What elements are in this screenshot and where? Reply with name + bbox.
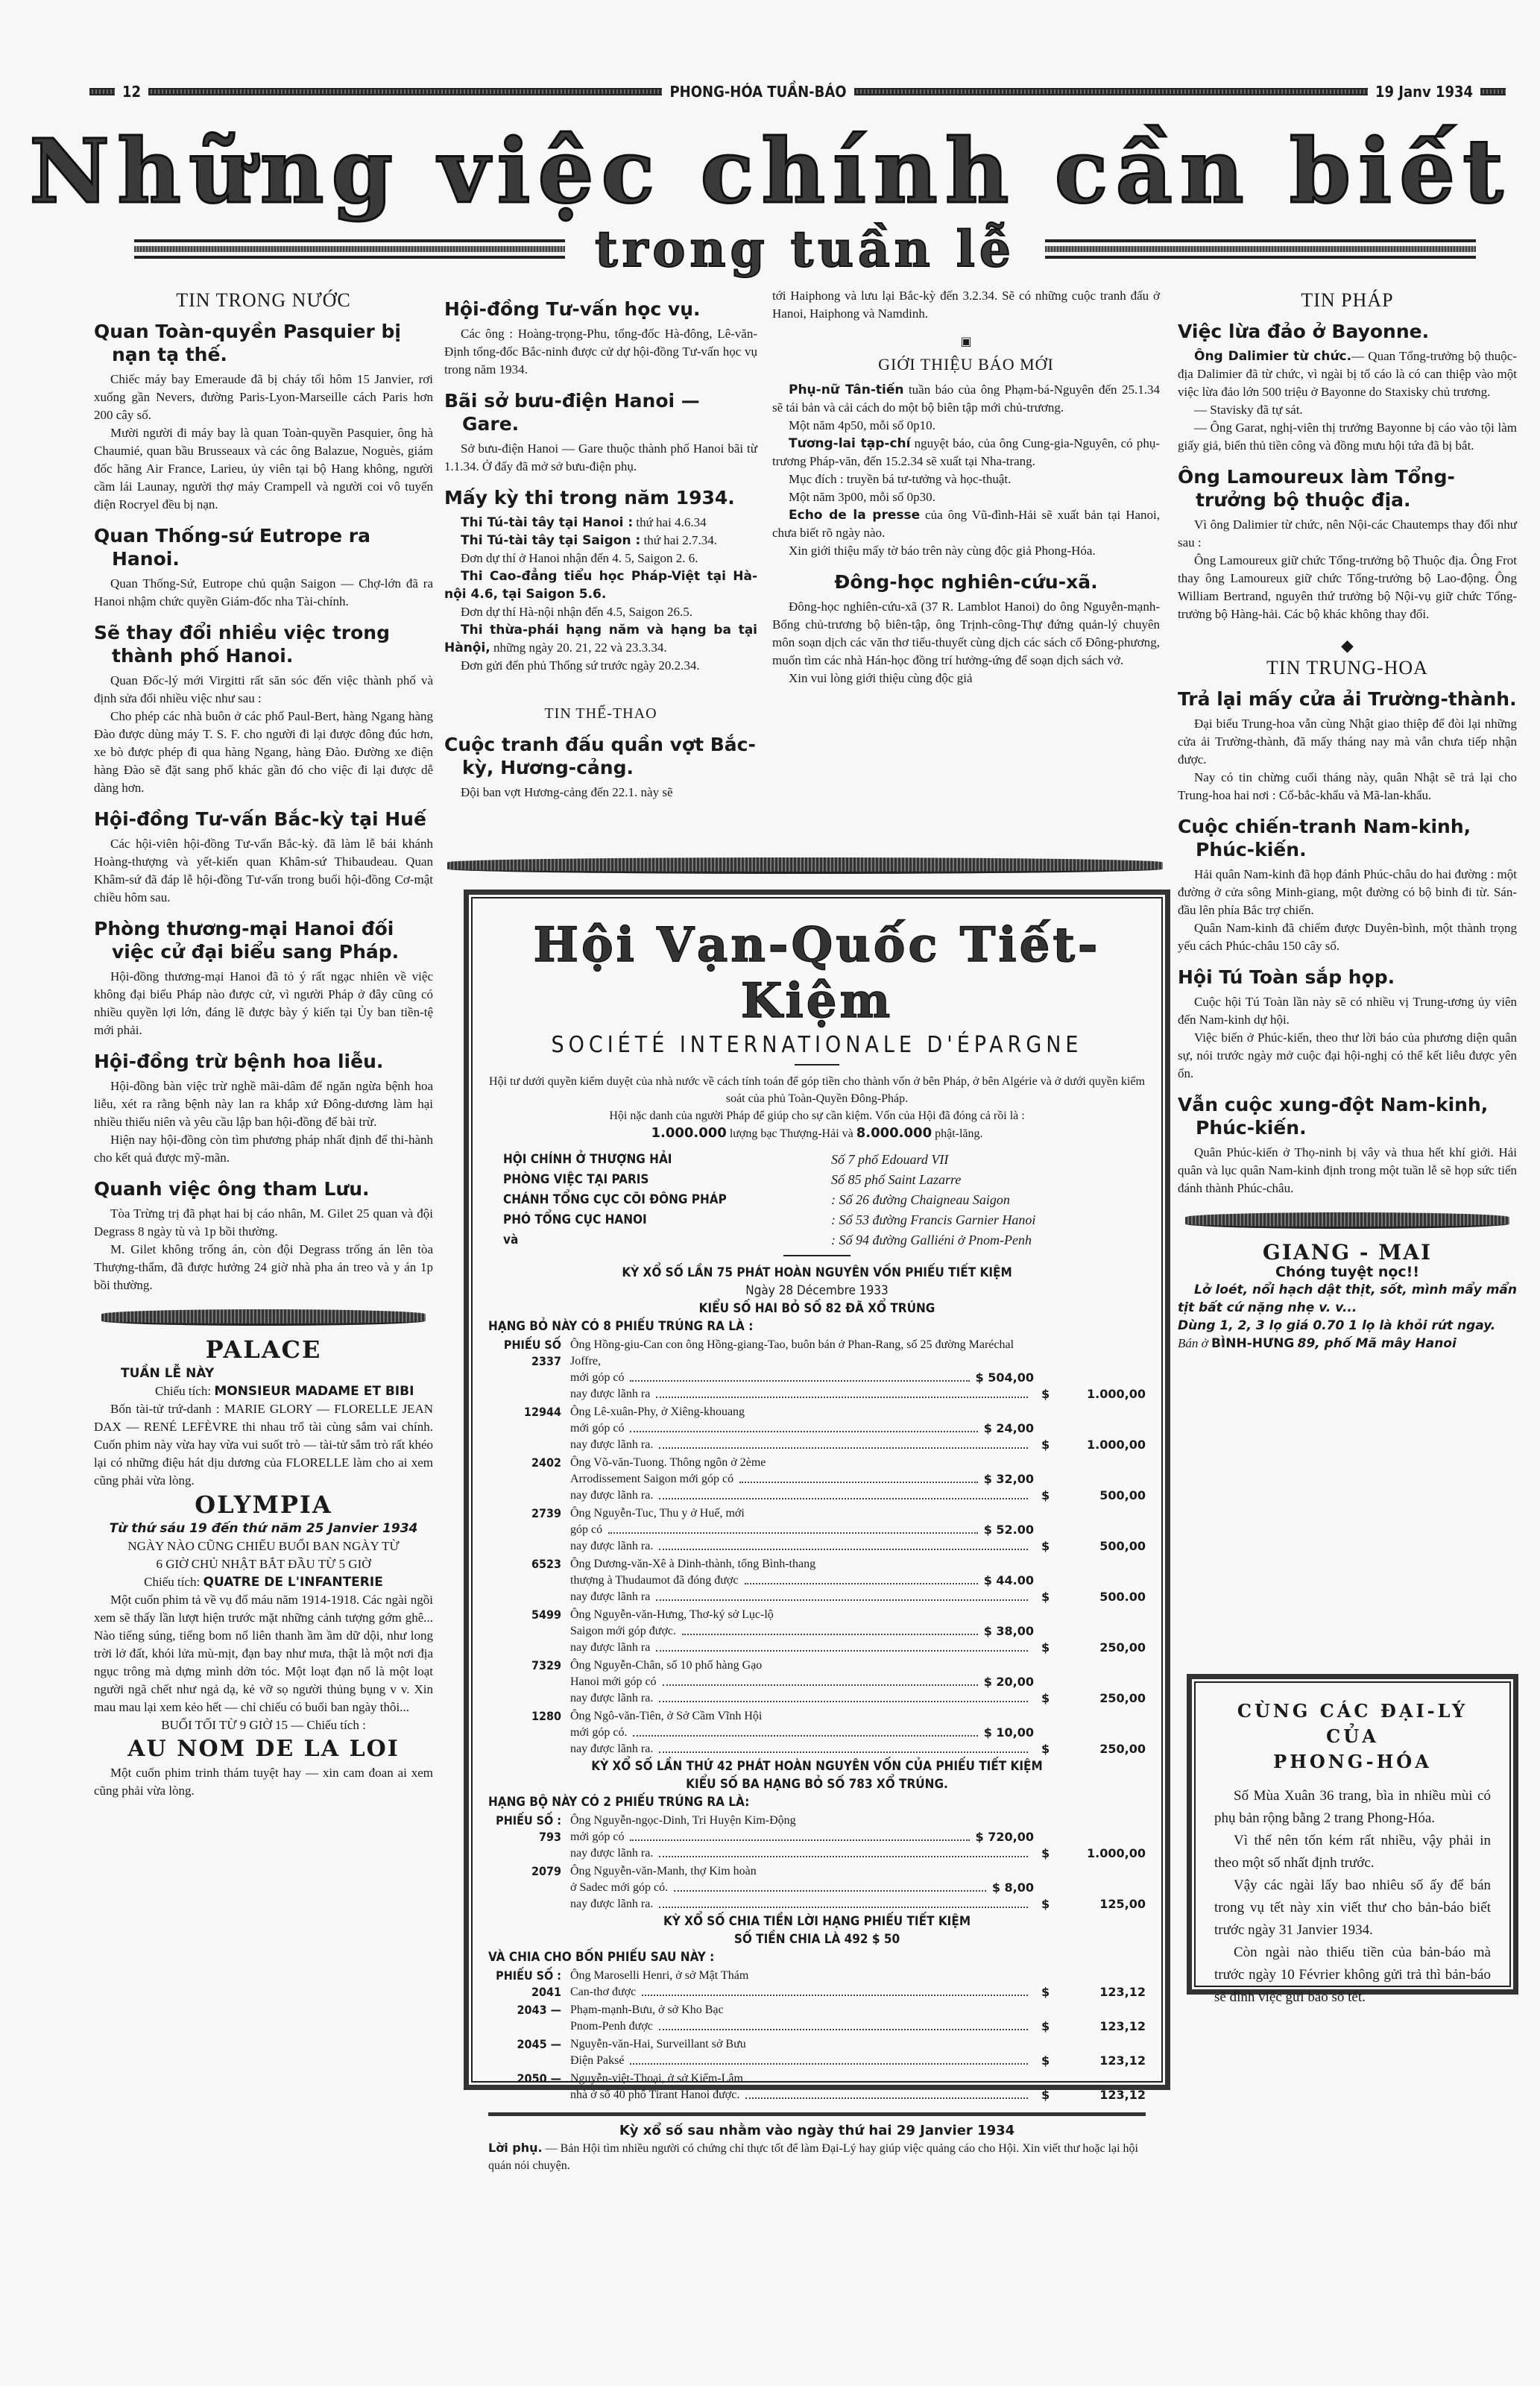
box-paragraph: Vậy các ngài lấy bao nhiêu số ấy để bán … bbox=[1214, 1875, 1491, 1942]
capital-text: phật-lăng. bbox=[935, 1127, 982, 1140]
article-list: Quan Toàn-quyền Pasquier bị nạn tạ thế.C… bbox=[94, 320, 433, 1294]
paid-label: Hanoi mới góp có bbox=[570, 1674, 657, 1690]
ticket-number: 2045 — bbox=[488, 2036, 570, 2069]
winner-entry: PHIẾU SỐ : 2041Ông Maroselli Henri, ở sở… bbox=[488, 1968, 1146, 2001]
article-headline: Cuộc tranh đấu quần vợt Bắc-kỳ, Hương-cả… bbox=[444, 733, 757, 779]
ticket-number: 2402 bbox=[488, 1455, 570, 1504]
dot-leader bbox=[739, 1471, 978, 1483]
winner-entry: 7329Ông Nguyễn-Chân, số 10 phố hàng GạoH… bbox=[488, 1658, 1146, 1707]
payout-line: nay được lãnh ra bbox=[570, 1386, 1034, 1403]
winner-entry: 2739Ông Nguyễn-Tuc, Thu y ở Huế, mớigóp … bbox=[488, 1505, 1146, 1555]
amount: 250,00 bbox=[1099, 1690, 1146, 1707]
exam-date: Đơn dự thí ở Hanoi nhận đến 4. 5, Saigon… bbox=[461, 551, 698, 565]
paragraph-text: Cuộc hội Tú Toàn lần này sẽ có nhiều vị … bbox=[1178, 995, 1517, 1027]
dot-leader bbox=[745, 1573, 978, 1584]
box-paragraph: Còn ngài nào thiếu tiền của bản-báo mà t… bbox=[1214, 1942, 1491, 2009]
paid-label: mới góp có. bbox=[570, 1725, 627, 1741]
paper-item: Một năm 4p50, mỗi số 0p10. bbox=[772, 417, 1160, 435]
article-headline: Quan Thống-sứ Eutrope ra Hanoi. bbox=[94, 524, 433, 570]
payout-line: nay được lãnh ra. bbox=[570, 1845, 1034, 1862]
advert-tagline: Chóng tuyệt nọc!! bbox=[1178, 1263, 1517, 1281]
dot-leader bbox=[608, 1522, 978, 1534]
paid-label: mới góp có bbox=[570, 1370, 624, 1386]
ticket-number: 1280 bbox=[488, 1708, 570, 1757]
box-paragraph: Vì thế nên tốn kém rất nhiều, vậy phải i… bbox=[1214, 1830, 1491, 1875]
payout-value: $500,00 bbox=[1041, 1488, 1146, 1504]
article-paragraph: Nay có tin chừng cuối tháng này, quân Nh… bbox=[1178, 769, 1517, 805]
amount: 500.00 bbox=[1099, 1589, 1146, 1605]
payout-amount: $123,12 bbox=[1041, 2036, 1146, 2069]
winner-details: Ông Nguyễn-Chân, số 10 phố hàng GạoHanoi… bbox=[570, 1658, 1041, 1707]
exam-date: thứ hai 4.6.34 bbox=[633, 515, 706, 529]
paragraph-text: Việc biến ở Phúc-kiến, theo thư lời báo … bbox=[1178, 1030, 1517, 1080]
article-headline: Phòng thương-mại Hanoi đối việc cử đại b… bbox=[94, 917, 433, 963]
winner-name: Ông Võ-văn-Tuong. Thông ngôn ở 2ème bbox=[570, 1455, 1034, 1471]
currency-symbol: $ bbox=[1041, 1690, 1050, 1707]
paper-desc: Một năm 3p00, mỗi số 0p30. bbox=[789, 490, 935, 504]
section-title: TIN TRONG NƯỚC bbox=[94, 292, 433, 309]
film-description: Bốn tài-tử trứ-danh : MARIE GLORY — FLOR… bbox=[94, 1400, 433, 1490]
paid-amount: $ 8,00 bbox=[992, 1880, 1034, 1896]
newspaper-page: 12 PHONG-HÓA TUẦN-BÁO 19 Janv 1934 Những… bbox=[0, 0, 1540, 2386]
exam-date: Đơn dự thí Hà-nội nhận đến 4.5, Saigon 2… bbox=[461, 605, 692, 619]
section-title: GIỚI THIỆU BÁO MỚI bbox=[772, 356, 1160, 374]
article-paragraph: Chiếc máy bay Emeraude đã bị cháy tối hô… bbox=[94, 371, 433, 424]
paragraph-text: Nay có tin chừng cuối tháng này, quân Nh… bbox=[1178, 770, 1517, 802]
paid-amount: $ 44.00 bbox=[984, 1573, 1034, 1589]
paragraph-text: Quân Phúc-kiến ở Thọ-ninh bị vây và thua… bbox=[1178, 1145, 1517, 1195]
paper-name: Phụ-nữ Tân-tiến bbox=[789, 383, 904, 397]
winner-name: Nguyễn-việt-Thoại, ở sở Kiểm-Lâm bbox=[570, 2071, 1034, 2087]
issue-date: 19 Janv 1934 bbox=[1375, 83, 1473, 101]
article-headline: Hội-đồng trừ bệnh hoa liễu. bbox=[94, 1050, 433, 1073]
draw-heading: KỲ XỔ SỐ LẦN THỨ 42 PHÁT HOÀN NGUYÊN VỐN… bbox=[488, 1757, 1146, 1775]
winner-details: Nguyễn-việt-Thoại, ở sở Kiểm-Lâmnhà ở số… bbox=[570, 2071, 1041, 2103]
paid-line: Saigon mới góp được.$ 38,00 bbox=[570, 1623, 1034, 1640]
paid-line: Hanoi mới góp có$ 20,00 bbox=[570, 1674, 1034, 1690]
dot-leader bbox=[656, 1589, 1028, 1601]
paragraph-text: Quân Nam-kinh đã chiếm được Duyên-bình, … bbox=[1178, 921, 1517, 953]
winner-details: Ông Ngô-văn-Tiên, ở Sở Cầm Vĩnh Hộimới g… bbox=[570, 1708, 1041, 1757]
winner-details: Ông Nguyễn-Tuc, Thu y ở Huế, mớigóp có$ … bbox=[570, 1505, 1041, 1555]
section-title: TIN THỂ-THAO bbox=[444, 705, 757, 723]
payout-label: nay được lãnh ra bbox=[570, 1386, 650, 1403]
payout-label: Điện Paksé bbox=[570, 2053, 624, 2069]
payout-value: $250,00 bbox=[1041, 1640, 1146, 1656]
payout-amount: $500.00 bbox=[1041, 1556, 1146, 1605]
advert-title: Hội Vạn-Quốc Tiết-Kiệm bbox=[488, 917, 1146, 1029]
article-paragraph: Cuộc hội Tú Toàn lần này sẽ có nhiều vị … bbox=[1178, 993, 1517, 1029]
winner-details: Ông Dương-văn-Xê à Dinh-thành, tổng Bình… bbox=[570, 1556, 1041, 1605]
schedule-line: 6 GIỜ CHỦ NHẬT BẮT ĐẦU TỪ 5 GIỜ bbox=[94, 1555, 433, 1573]
paid-line: ở Sadec mới góp có.$ 8,00 bbox=[570, 1880, 1034, 1896]
payout-line: nhà ở số 40 phố Tirant Hanoi được. bbox=[570, 2087, 1034, 2103]
ticket-number: 2043 — bbox=[488, 2002, 570, 2035]
office-address: Số 7 phố Edouard VII bbox=[831, 1150, 948, 1170]
dot-leader bbox=[630, 1420, 977, 1432]
winner-entry: 2043 —Phạm-mạnh-Bưu, ở sở Kho BạcPnom-Pe… bbox=[488, 2002, 1146, 2035]
subtitle-row: trong tuần lễ bbox=[134, 220, 1476, 278]
decorative-rule bbox=[1045, 239, 1476, 259]
payout-amount: $123,12 bbox=[1041, 2002, 1146, 2035]
currency-symbol: $ bbox=[1041, 1741, 1050, 1757]
paper-item: Xin giới thiệu mấy tờ báo trên này cùng … bbox=[772, 542, 1160, 560]
article-headline: Ông Lamoureux làm Tổng-trưởng bộ thuộc đ… bbox=[1178, 465, 1517, 511]
paragraph-text: — Stavisky đã tự sát. bbox=[1194, 403, 1303, 417]
payout-line: Can-thơ được bbox=[570, 1984, 1034, 2001]
article-paragraph: Ông Dalimier từ chức.— Quan Tổng-trưởng … bbox=[1178, 347, 1517, 401]
payout-line: nay được lãnh ra. bbox=[570, 1690, 1034, 1707]
advert-body: Lở loét, nổi hạch dật thịt, sốt, mình mẩ… bbox=[1178, 1281, 1517, 1317]
currency-symbol: $ bbox=[1041, 1896, 1050, 1913]
payout-label: nay được lãnh ra. bbox=[570, 1741, 653, 1757]
payout-line: Pnom-Penh được bbox=[570, 2018, 1034, 2035]
office-row: PHÓ TỔNG CỤC HANOI: Số 53 đường Francis … bbox=[503, 1210, 1146, 1230]
article-paragraph: Quan Đốc-lý mới Virgitti rất săn sóc đến… bbox=[94, 672, 433, 708]
payout-value: $1.000,00 bbox=[1041, 1386, 1146, 1403]
winner-name: Nguyễn-văn-Hai, Surveillant sở Bưu bbox=[570, 2036, 1034, 2053]
payout-amount: $123,12 bbox=[1041, 2071, 1146, 2103]
winner-entry: 12944Ông Lê-xuân-Phy, ở Xiêng-khouangmới… bbox=[488, 1404, 1146, 1453]
dot-leader bbox=[674, 1880, 986, 1892]
article-paragraph: Quân Nam-kinh đã chiếm được Duyên-bình, … bbox=[1178, 919, 1517, 955]
payout-line: nay được lãnh ra. bbox=[570, 1437, 1034, 1453]
ornament-rule bbox=[795, 1064, 839, 1065]
capital-amount: 8.000.000 bbox=[856, 1125, 932, 1141]
paid-label: ở Sadec mới góp có. bbox=[570, 1880, 668, 1896]
column-domestic-news: TIN TRONG NƯỚC Quan Toàn-quyền Pasquier … bbox=[94, 287, 433, 1800]
office-label: và bbox=[503, 1230, 831, 1250]
paid-label: mới góp có bbox=[570, 1420, 624, 1437]
payout-amount: $1.000,00 bbox=[1041, 1404, 1146, 1453]
paid-amount: $ 720,00 bbox=[976, 1829, 1034, 1845]
dot-leader bbox=[745, 2087, 1028, 2099]
winner-list: PHIẾU SỐ 2337Ông Hồng-giu-Can con ông Hồ… bbox=[488, 1337, 1146, 1757]
article-paragraph: Đông-học nghiên-cứu-xã (37 R. Lamblot Ha… bbox=[772, 598, 1160, 670]
paragraph-text: — Ông Garat, nghị-viên thị trưởng Bayonn… bbox=[1178, 421, 1517, 453]
office-row: và: Số 94 đường Galliéni ở Pnom-Penh bbox=[503, 1230, 1146, 1250]
seller-name: BÌNH-HƯNG bbox=[1211, 1336, 1294, 1351]
winner-name: Ông Nguyễn-Chân, số 10 phố hàng Gạo bbox=[570, 1658, 1034, 1674]
payout-value: $123,12 bbox=[1041, 1984, 1146, 2001]
paid-amount: $ 52.00 bbox=[984, 1522, 1034, 1538]
paid-label: thượng à Thudaumot đã đóng được bbox=[570, 1573, 739, 1589]
office-address: Số 85 phố Saint Lazarre bbox=[831, 1170, 961, 1190]
article-paragraph: Quan Thống-Sứ, Eutrope chủ quận Saigon —… bbox=[94, 575, 433, 611]
film-title: MONSIEUR MADAME ET BIBI bbox=[214, 1384, 414, 1399]
exam-name: Thi Tú-tài tây tại Saigon : bbox=[461, 533, 640, 548]
winner-details: Ông Maroselli Henri, ở sở Mật ThámCan-th… bbox=[570, 1968, 1041, 2001]
draw-count: VÀ CHIA CHO BỐN PHIẾU SAU NÀY : bbox=[488, 1948, 1146, 1966]
winner-name: Ông Ngô-văn-Tiên, ở Sở Cầm Vĩnh Hội bbox=[570, 1708, 1034, 1725]
dot-leader bbox=[659, 1845, 1028, 1857]
winner-entry: 2079Ông Nguyễn-văn-Manh, thợ Kim hoànở S… bbox=[488, 1863, 1146, 1913]
winner-name: Ông Nguyễn-Tuc, Thu y ở Huế, mới bbox=[570, 1505, 1034, 1522]
article-headline: Hội Tú Toàn sắp họp. bbox=[1178, 966, 1517, 989]
agents-notice-box: CÙNG CÁC ĐẠI-LÝ CỦA PHONG-HÓA Số Mùa Xuâ… bbox=[1187, 1674, 1518, 1995]
page-number: 12 bbox=[122, 83, 141, 101]
paper-desc: Mục đích : truyền bá tư-tưởng và học-thu… bbox=[789, 472, 1011, 486]
exam-line: Thi thừa-phái hạng năm và hạng ba tại Hà… bbox=[444, 621, 757, 657]
page-subtitle: trong tuần lễ bbox=[595, 220, 1015, 278]
article-headline: Mấy kỳ thi trong năm 1934. bbox=[444, 486, 757, 509]
exam-date: những ngày 20. 21, 22 và 23.3.34. bbox=[490, 640, 667, 655]
capital-amount: 1.000.000 bbox=[651, 1125, 726, 1141]
theatre-name: OLYMPIA bbox=[94, 1496, 433, 1514]
lead-bold: Ông Dalimier từ chức. bbox=[1194, 349, 1351, 364]
dot-leader bbox=[659, 1690, 1028, 1702]
payout-amount: $125,00 bbox=[1041, 1863, 1146, 1913]
amount: 1.000,00 bbox=[1087, 1386, 1146, 1403]
dot-leader bbox=[656, 1386, 1028, 1398]
payout-value: $123,12 bbox=[1041, 2018, 1146, 2035]
exam-date: Đơn gửi đến phủ Thống sứ trước ngày 20.2… bbox=[461, 658, 700, 673]
winner-name: Ông Nguyễn-ngọc-Dinh, Tri Huyện Kim-Động bbox=[570, 1813, 1034, 1829]
payout-line: nay được lãnh ra. bbox=[570, 1538, 1034, 1555]
article-paragraph: Xin vui lòng giới thiệu cùng độc giả bbox=[772, 670, 1160, 687]
seller-address: 89, phố Mã mây Hanoi bbox=[1298, 1336, 1457, 1351]
article-paragraph: Việc biến ở Phúc-kiến, theo thư lời báo … bbox=[1178, 1029, 1517, 1083]
article-paragraph: Đội ban vợt Hương-cảng đến 22.1. này sẽ bbox=[444, 784, 757, 802]
draw-subheading: KIỂU SỐ BA HẠNG BỎ SỐ 783 XỔ TRÚNG. bbox=[488, 1775, 1146, 1793]
showing-dates: Từ thứ sáu 19 đến thứ năm 25 Janvier 193… bbox=[94, 1520, 433, 1537]
advert-intro: Hội nặc danh của người Pháp để giúp cho … bbox=[488, 1107, 1146, 1124]
winner-details: Phạm-mạnh-Bưu, ở sở Kho BạcPnom-Penh đượ… bbox=[570, 2002, 1041, 2035]
running-header: 12 PHONG-HÓA TUẦN-BÁO 19 Janv 1934 bbox=[89, 82, 1506, 101]
publication-name: PHONG-HÓA TUẦN-BÁO bbox=[669, 83, 846, 101]
amount: 250,00 bbox=[1099, 1640, 1146, 1656]
payout-line: nay được lãnh ra bbox=[570, 1589, 1034, 1605]
article-list: Việc lừa đảo ở Bayonne.Ông Dalimier từ c… bbox=[1178, 320, 1517, 623]
payout-amount: $250,00 bbox=[1041, 1658, 1146, 1707]
next-draw: Kỳ xổ số sau nhằm vào ngày thứ hai 29 Ja… bbox=[488, 2122, 1146, 2139]
cinema-olympia: OLYMPIA Từ thứ sáu 19 đến thứ năm 25 Jan… bbox=[94, 1496, 433, 1800]
winner-details: Ông Võ-văn-Tuong. Thông ngôn ở 2èmeArrod… bbox=[570, 1455, 1041, 1504]
currency-symbol: $ bbox=[1041, 1538, 1050, 1555]
payout-label: nay được lãnh ra bbox=[570, 1589, 650, 1605]
paper-name: Echo de la presse bbox=[789, 508, 920, 523]
payout-label: Pnom-Penh được bbox=[570, 2018, 653, 2035]
payout-value: $123,12 bbox=[1041, 2053, 1146, 2069]
amount: 250,00 bbox=[1099, 1741, 1146, 1757]
winner-entry: 6523Ông Dương-văn-Xê à Dinh-thành, tổng … bbox=[488, 1556, 1146, 1605]
amount: 500,00 bbox=[1099, 1538, 1146, 1555]
week-label: TUẦN LỄ NÀY bbox=[94, 1364, 433, 1382]
office-label: PHÒNG VIỆC TẠI PARIS bbox=[503, 1170, 831, 1190]
payout-value: $123,12 bbox=[1041, 2087, 1146, 2103]
ticket-number: 2050 — bbox=[488, 2071, 570, 2103]
currency-symbol: $ bbox=[1041, 1386, 1050, 1403]
section-title: TIN PHÁP bbox=[1178, 292, 1517, 309]
draw-heading: KỲ XỔ SỐ LẦN 75 PHÁT HOÀN NGUYÊN VỐN PHI… bbox=[488, 1264, 1146, 1282]
draw-date: Ngày 28 Décembre 1933 bbox=[488, 1282, 1146, 1300]
article-paragraph: Hiện nay hội-đồng còn tìm phương pháp nh… bbox=[94, 1131, 433, 1167]
dot-leader bbox=[682, 1623, 978, 1635]
office-address: : Số 53 đường Francis Garnier Hanoi bbox=[831, 1210, 1035, 1230]
payout-label: nhà ở số 40 phố Tirant Hanoi được. bbox=[570, 2087, 739, 2103]
schedule-line: NGÀY NÀO CŨNG CHIẾU BUỔI BAN NGÀY TỪ bbox=[94, 1537, 433, 1555]
currency-symbol: $ bbox=[1041, 1845, 1050, 1862]
winner-entry: 1280Ông Ngô-văn-Tiên, ở Sở Cầm Vĩnh Hộim… bbox=[488, 1708, 1146, 1757]
office-row: CHÁNH TỔNG CỤC CÕI ĐÔNG PHÁP: Số 26 đườn… bbox=[503, 1190, 1146, 1210]
header-rule bbox=[89, 88, 115, 95]
currency-symbol: $ bbox=[1041, 1640, 1050, 1656]
article-paragraph: Đại biểu Trung-hoa vẫn cùng Nhật giao th… bbox=[1178, 715, 1517, 769]
payout-label: nay được lãnh ra. bbox=[570, 1845, 653, 1862]
dot-leader bbox=[659, 1437, 1028, 1449]
payout-label: Can-thơ được bbox=[570, 1984, 636, 2001]
article-paragraph: Mười người đi máy bay là quan Toàn-quyền… bbox=[94, 424, 433, 514]
winner-list: PHIẾU SỐ : 793Ông Nguyễn-ngọc-Dinh, Tri … bbox=[488, 1813, 1146, 1913]
office-address: : Số 26 đường Chaigneau Saigon bbox=[831, 1190, 1010, 1210]
advert-body: Dùng 1, 2, 3 lọ giá 0.70 1 lọ là khỏi rứ… bbox=[1178, 1317, 1517, 1335]
winner-details: Ông Hồng-giu-Can con ông Hồng-giang-Tao,… bbox=[570, 1337, 1041, 1403]
wavy-divider bbox=[101, 1309, 426, 1326]
wavy-divider bbox=[447, 857, 1163, 874]
payout-amount: $500,00 bbox=[1041, 1505, 1146, 1555]
currency-symbol: $ bbox=[1041, 1437, 1050, 1453]
payout-line: nay được lãnh ra bbox=[570, 1640, 1034, 1656]
advert-title: GIANG - MAI bbox=[1178, 1244, 1517, 1262]
column-education-sports: Hội-đồng Tư-vấn học vụ.Các ông : Hoàng-t… bbox=[444, 287, 757, 802]
draw-subheading: KIỂU SỐ HAI BỎ SỐ 82 ĐÃ XỔ TRÚNG bbox=[488, 1300, 1146, 1318]
article-list: Trả lại mấy cửa ải Trường-thành.Đại biểu… bbox=[1178, 687, 1517, 1197]
winner-entry: PHIẾU SỐ : 793Ông Nguyễn-ngọc-Dinh, Tri … bbox=[488, 1813, 1146, 1862]
currency-symbol: $ bbox=[1041, 1589, 1050, 1605]
ornament-icon: ▣ bbox=[772, 333, 1160, 351]
payout-amount: $123,12 bbox=[1041, 1968, 1146, 2001]
dot-leader bbox=[659, 1896, 1028, 1908]
article-paragraph: Hội-đồng thương-mại Hanoi đã tỏ ý rất ng… bbox=[94, 968, 433, 1039]
box-title: CÙNG CÁC ĐẠI-LÝ CỦA bbox=[1214, 1699, 1491, 1749]
currency-symbol: $ bbox=[1041, 1488, 1050, 1504]
office-list: HỘI CHÍNH Ở THƯỢNG HẢISố 7 phố Edouard V… bbox=[503, 1150, 1146, 1250]
article-headline: Cuộc chiến-tranh Nam-kinh, Phúc-kiến. bbox=[1178, 815, 1517, 861]
office-row: PHÒNG VIỆC TẠI PARISSố 85 phố Saint Laza… bbox=[503, 1170, 1146, 1190]
theatre-name: PALACE bbox=[94, 1341, 433, 1359]
winner-details: Ông Nguyễn-ngọc-Dinh, Tri Huyện Kim-Động… bbox=[570, 1813, 1041, 1862]
dot-leader bbox=[656, 1640, 1028, 1652]
exam-line: Đơn dự thí ở Hanoi nhận đến 4. 5, Saigon… bbox=[444, 550, 757, 567]
payout-amount: $250,00 bbox=[1041, 1708, 1146, 1757]
ticket-number: 2739 bbox=[488, 1505, 570, 1555]
section-title: TIN TRUNG-HOA bbox=[1178, 659, 1517, 677]
article-paragraph: Ông Lamoureux giữ chức Tổng-trưởng bộ Th… bbox=[1178, 552, 1517, 623]
payout-value: $125,00 bbox=[1041, 1896, 1146, 1913]
paid-line: mới góp có$ 504,00 bbox=[570, 1370, 1034, 1386]
article-paragraph: Cho phép các nhà buôn ở các phố Paul-Ber… bbox=[94, 708, 433, 797]
showing-label: Chiếu tích: bbox=[144, 1575, 200, 1589]
savings-society-advert: Hội Vạn-Quốc Tiết-Kiệm SOCIÉTÉ INTERNATI… bbox=[464, 890, 1170, 2090]
film-description: Một cuốn phim tả về vụ đổ máu năm 1914-1… bbox=[94, 1591, 433, 1716]
header-rule bbox=[148, 88, 662, 95]
exam-line: Thi Tú-tài tây tại Hanoi : thứ hai 4.6.3… bbox=[444, 514, 757, 532]
article-paragraph: — Stavisky đã tự sát. bbox=[1178, 401, 1517, 419]
paper-item: Một năm 3p00, mỗi số 0p30. bbox=[772, 488, 1160, 506]
paragraph-text: Đại biểu Trung-hoa vẫn cùng Nhật giao th… bbox=[1178, 717, 1517, 767]
winner-entry: 2045 —Nguyễn-văn-Hai, Surveillant sở Bưu… bbox=[488, 2036, 1146, 2069]
exam-line: Thi Tú-tài tây tại Saigon : thứ hai 2.7.… bbox=[444, 532, 757, 550]
decorative-rule bbox=[134, 239, 565, 259]
column-new-papers: tới Haiphong và lưu lại Bắc-kỳ đến 3.2.3… bbox=[772, 287, 1160, 687]
exam-line: Thi Cao-đẳng tiểu học Pháp-Việt tại Hà-n… bbox=[444, 567, 757, 603]
paid-amount: $ 38,00 bbox=[984, 1623, 1034, 1640]
paragraph-text: Hải quân Nam-kinh đã họp đánh Phúc-châu … bbox=[1178, 867, 1517, 917]
winner-details: Ông Nguyễn-văn-Manh, thợ Kim hoànở Sadec… bbox=[570, 1863, 1041, 1913]
ticket-number: PHIẾU SỐ : 2041 bbox=[488, 1968, 570, 2001]
currency-symbol: $ bbox=[1041, 2053, 1050, 2069]
currency-symbol: $ bbox=[1041, 2087, 1050, 2103]
paid-label: Arrodissement Saigon mới góp có bbox=[570, 1471, 733, 1488]
diamond-ornament-icon: ◆ bbox=[1178, 637, 1517, 655]
paper-desc: Một năm 4p50, mỗi số 0p10. bbox=[789, 418, 935, 432]
ornament-rule bbox=[783, 1255, 851, 1256]
film-description: Một cuốn phim trinh thám tuyệt hay — xin… bbox=[94, 1764, 433, 1800]
paid-label: Saigon mới góp được. bbox=[570, 1623, 676, 1640]
draw-count: HẠNG BỎ NÀY CÓ 8 PHIẾU TRÚNG RA LÀ : bbox=[488, 1318, 1146, 1335]
winner-name: Phạm-mạnh-Bưu, ở sở Kho Bạc bbox=[570, 2002, 1034, 2018]
article-paragraph: Các hội-viên hội-đồng Tư-vấn Bắc-kỳ. đã … bbox=[94, 835, 433, 907]
amount: 1.000,00 bbox=[1087, 1437, 1146, 1453]
box-paragraph: Số Mùa Xuân 36 trang, bìa in nhiều mùi c… bbox=[1214, 1785, 1491, 1830]
film-title: QUATRE DE L'INFANTERIE bbox=[203, 1575, 383, 1590]
article-headline: Quanh việc ông tham Lưu. bbox=[94, 1177, 433, 1200]
article-continuation: tới Haiphong và lưu lại Bắc-kỳ đến 3.2.3… bbox=[772, 287, 1160, 323]
office-label: HỘI CHÍNH Ở THƯỢNG HẢI bbox=[503, 1150, 831, 1170]
exam-line: Đơn dự thí Hà-nội nhận đến 4.5, Saigon 2… bbox=[444, 603, 757, 621]
payout-label: nay được lãnh ra. bbox=[570, 1690, 653, 1707]
payout-value: $500,00 bbox=[1041, 1538, 1146, 1555]
payout-label: nay được lãnh ra bbox=[570, 1640, 650, 1656]
currency-symbol: $ bbox=[1041, 2018, 1050, 2035]
payout-line: nay được lãnh ra. bbox=[570, 1896, 1034, 1913]
paid-line: thượng à Thudaumot đã đóng được$ 44.00 bbox=[570, 1573, 1034, 1589]
office-address: : Số 94 đường Galliéni ở Pnom-Penh bbox=[831, 1230, 1032, 1250]
ticket-number: 12944 bbox=[488, 1404, 570, 1453]
paid-label: góp có bbox=[570, 1522, 602, 1538]
paid-line: mới góp có$ 24,00 bbox=[570, 1420, 1034, 1437]
ticket-number: 5499 bbox=[488, 1607, 570, 1656]
ticket-number: 6523 bbox=[488, 1556, 570, 1605]
article-headline: Việc lừa đảo ở Bayonne. bbox=[1178, 320, 1517, 343]
dot-leader bbox=[630, 2053, 1028, 2065]
ticket-number: 7329 bbox=[488, 1658, 570, 1707]
winner-details: Nguyễn-văn-Hai, Surveillant sở BưuĐiện P… bbox=[570, 2036, 1041, 2069]
draw-subheading: SỐ TIỀN CHIA LÀ 492 $ 50 bbox=[488, 1930, 1146, 1948]
payout-label: nay được lãnh ra. bbox=[570, 1488, 653, 1504]
article-paragraph: Tòa Trừng trị đã phạt hai bị cáo nhân, M… bbox=[94, 1205, 433, 1241]
header-rule bbox=[1480, 88, 1506, 95]
article-paragraph: Các ông : Hoàng-trọng-Phu, tổng-đốc Hà-đ… bbox=[444, 325, 757, 379]
dot-leader bbox=[659, 2018, 1028, 2030]
note-text: — Bản Hội tìm nhiều người có chứng chỉ t… bbox=[488, 2142, 1138, 2172]
amount: 1.000,00 bbox=[1087, 1845, 1146, 1862]
box-body: Số Mùa Xuân 36 trang, bìa in nhiều mùi c… bbox=[1214, 1785, 1491, 2009]
paper-item: Phụ-nữ Tân-tiến tuần báo của ông Phạm-bá… bbox=[772, 381, 1160, 417]
advert-subtitle: SOCIÉTÉ INTERNATIONALE D'ÉPARGNE bbox=[488, 1032, 1146, 1058]
dot-leader bbox=[630, 1370, 969, 1382]
winner-name: Ông Nguyễn-văn-Manh, thợ Kim hoàn bbox=[570, 1863, 1034, 1880]
article-paragraph: Hội-đồng bàn việc trừ nghề mãi-dâm để ng… bbox=[94, 1077, 433, 1131]
winner-entry: 2402Ông Võ-văn-Tuong. Thông ngôn ở 2èmeA… bbox=[488, 1455, 1146, 1504]
winner-name: Ông Lê-xuân-Phy, ở Xiêng-khouang bbox=[570, 1404, 1034, 1420]
paid-amount: $ 20,00 bbox=[984, 1674, 1034, 1690]
payout-value: $500.00 bbox=[1041, 1589, 1146, 1605]
paper-list: Phụ-nữ Tân-tiến tuần báo của ông Phạm-bá… bbox=[772, 381, 1160, 560]
exam-line: Đơn gửi đến phủ Thống sứ trước ngày 20.2… bbox=[444, 657, 757, 675]
payout-line: nay được lãnh ra. bbox=[570, 1488, 1034, 1504]
amount: 123,12 bbox=[1099, 2053, 1146, 2069]
